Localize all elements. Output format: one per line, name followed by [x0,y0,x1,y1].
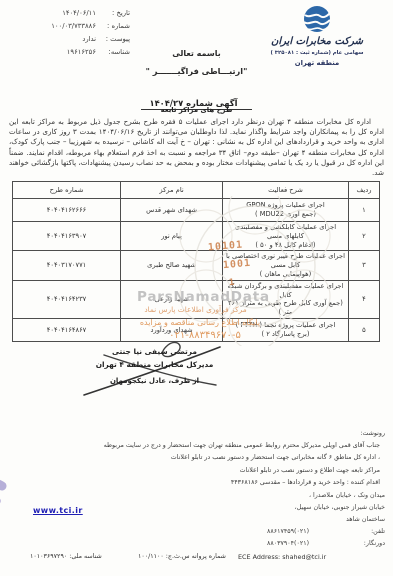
header-activity: شرح فعالیت [223,182,349,199]
attachment-value: ندارد [8,35,96,43]
number-label: شماره : [96,22,130,30]
license-number: شماره پروانه س.ث.ج: ۱۰۰/۱۱۰۰ [138,553,226,560]
address-line: خیابان شیراز جنوبی، خیابان سهیل، [255,502,385,514]
attachment-label: پیوست : [96,35,130,43]
address-line: ساختمان شاهد [255,514,385,526]
table-row: ۳ اجرای عملیات طرح فیبر نوری اختصاصی با … [13,251,380,280]
table-row: ۲ اجرای عملیات کابلکشی و مفصلبندی کابلها… [13,222,380,251]
phone-value: ۸۸۶۱۷۴۵۹(۰۲۱) [267,526,309,538]
header-plan-number: شماره طرح [13,182,121,199]
number-value: ۱۰۰/۰۳/۷۳۳۸۸۶ [8,22,96,30]
notice-body-paragraph: اداره کل مخابرات منطقه ۴ تهران درنظر دار… [9,117,384,178]
company-slogan: "ارتبـــاطی فراگیـــــــر " [0,66,393,76]
center-cell: شهید زارعی [121,280,223,318]
company-name: شرکت مخابرات ایران [261,36,373,48]
row-no-cell: ۳ [348,251,379,280]
cc-item: مراکز تابعه جهت اطلاع و دستور نصب در تاب… [45,465,385,477]
activity-cell: اجرای عملیات مفصلبندی و برگردان شبکه کاب… [223,280,349,318]
website-link[interactable]: www.tci.ir [33,506,83,515]
header-center-name: نام مرکز [121,182,223,199]
table-row: ۱ اجرای عملیات پروژه GPON (جمع آوری MDU2… [13,199,380,222]
activity-cell: اجرای عملیات طرح فیبر نوری اختصاصی با کا… [223,251,349,280]
ece-address: ECE Address: shahed@tci.ir [238,553,326,561]
handwritten-signature-icon [76,337,228,401]
footer-address-block: میدان ونک ، خیابان ملاصدرا ، خیابان شیرا… [255,490,385,550]
center-cell: شهدای شهر قدس [121,199,223,222]
document-page: 10101 1001 1 ParsNamadData مرکز فرآوری ا… [0,0,393,576]
meta-date-row: تاریخ : ۱۴۰۴/۰۶/۱۱ [8,9,130,22]
plan-no-cell: ۴۰۴۰۳۱۷۰۷۷۱ [13,251,121,280]
plan-no-cell: ۴۰۴۰۴۱۶۴۲۳۷ [13,280,121,318]
cc-item: ، اداره کل مناطق ۶ گانه مخابراتی جهت است… [45,452,385,464]
row-no-cell: ۲ [348,222,379,251]
notice-subtitle: طرح های مراکز تابعه [0,106,393,114]
date-label: تاریخ : [96,9,130,17]
row-no-cell: ۵ [348,318,379,341]
plan-no-cell: ۴۰۴۰۴۱۶۳۹۰۷ [13,222,121,251]
plan-no-cell: ۴۰۴۰۴۱۶۲۶۶۶ [13,199,121,222]
table-header-row: ردیف شرح فعالیت نام مرکز شماره طرح [13,182,380,199]
date-value: ۱۴۰۴/۰۶/۱۱ [8,9,96,17]
activity-cell: اجرای عملیات کابلکشی و مفصلبندی کابلهای … [223,222,349,251]
fax-row: دورنگار: ۸۸۰۳۷۹۰۴(۰۲۱) [267,538,385,550]
row-no-cell: ۴ [348,280,379,318]
activity-cell: اجرای عملیات پروژه نجما ( FTTH ) (برج پا… [223,318,349,341]
cc-block: رونوشت: جناب آقای قمی اویلی مدیرکل محترم… [45,428,385,489]
cc-item: جناب آقای قمی اویلی مدیرکل محترم روابط ع… [45,440,385,452]
phone-label: تلفن: [371,526,385,538]
meta-attachment-row: پیوست : ندارد [8,35,130,48]
phone-row: تلفن: ۸۸۶۱۷۴۵۹(۰۲۱) [267,526,385,538]
fax-value: ۸۸۰۳۷۹۰۴(۰۲۱) [267,538,309,550]
address-line: میدان ونک ، خیابان ملاصدرا ، [255,490,385,502]
tci-globe-icon [298,5,336,35]
center-cell: پیام نور [121,222,223,251]
tci-arcs-watermark-icon [0,476,90,576]
national-id: شناسه ملی: ۱۰۱۰۳۶۹۷۲۹۰ [30,553,102,560]
header-row-no: ردیف [348,182,379,199]
activity-cell: اجرای عملیات پروژه GPON (جمع آوری MDU22 … [223,199,349,222]
row-no-cell: ۱ [348,199,379,222]
table-row: ۴ اجرای عملیات مفصلبندی و برگردان شبکه ک… [13,280,380,318]
plans-table: ردیف شرح فعالیت نام مرکز شماره طرح ۱ اجر… [12,181,380,342]
center-cell: شهید صالح طبری [121,251,223,280]
cc-label: رونوشت: [45,428,385,440]
basmala-text: باسمه تعالی [0,49,393,58]
cc-item: اقدام کننده : واحد خرید و قراردادها – مق… [45,477,385,489]
fax-label: دورنگار: [364,538,385,550]
meta-number-row: شماره : ۱۰۰/۰۳/۷۳۳۸۸۶ [8,22,130,35]
